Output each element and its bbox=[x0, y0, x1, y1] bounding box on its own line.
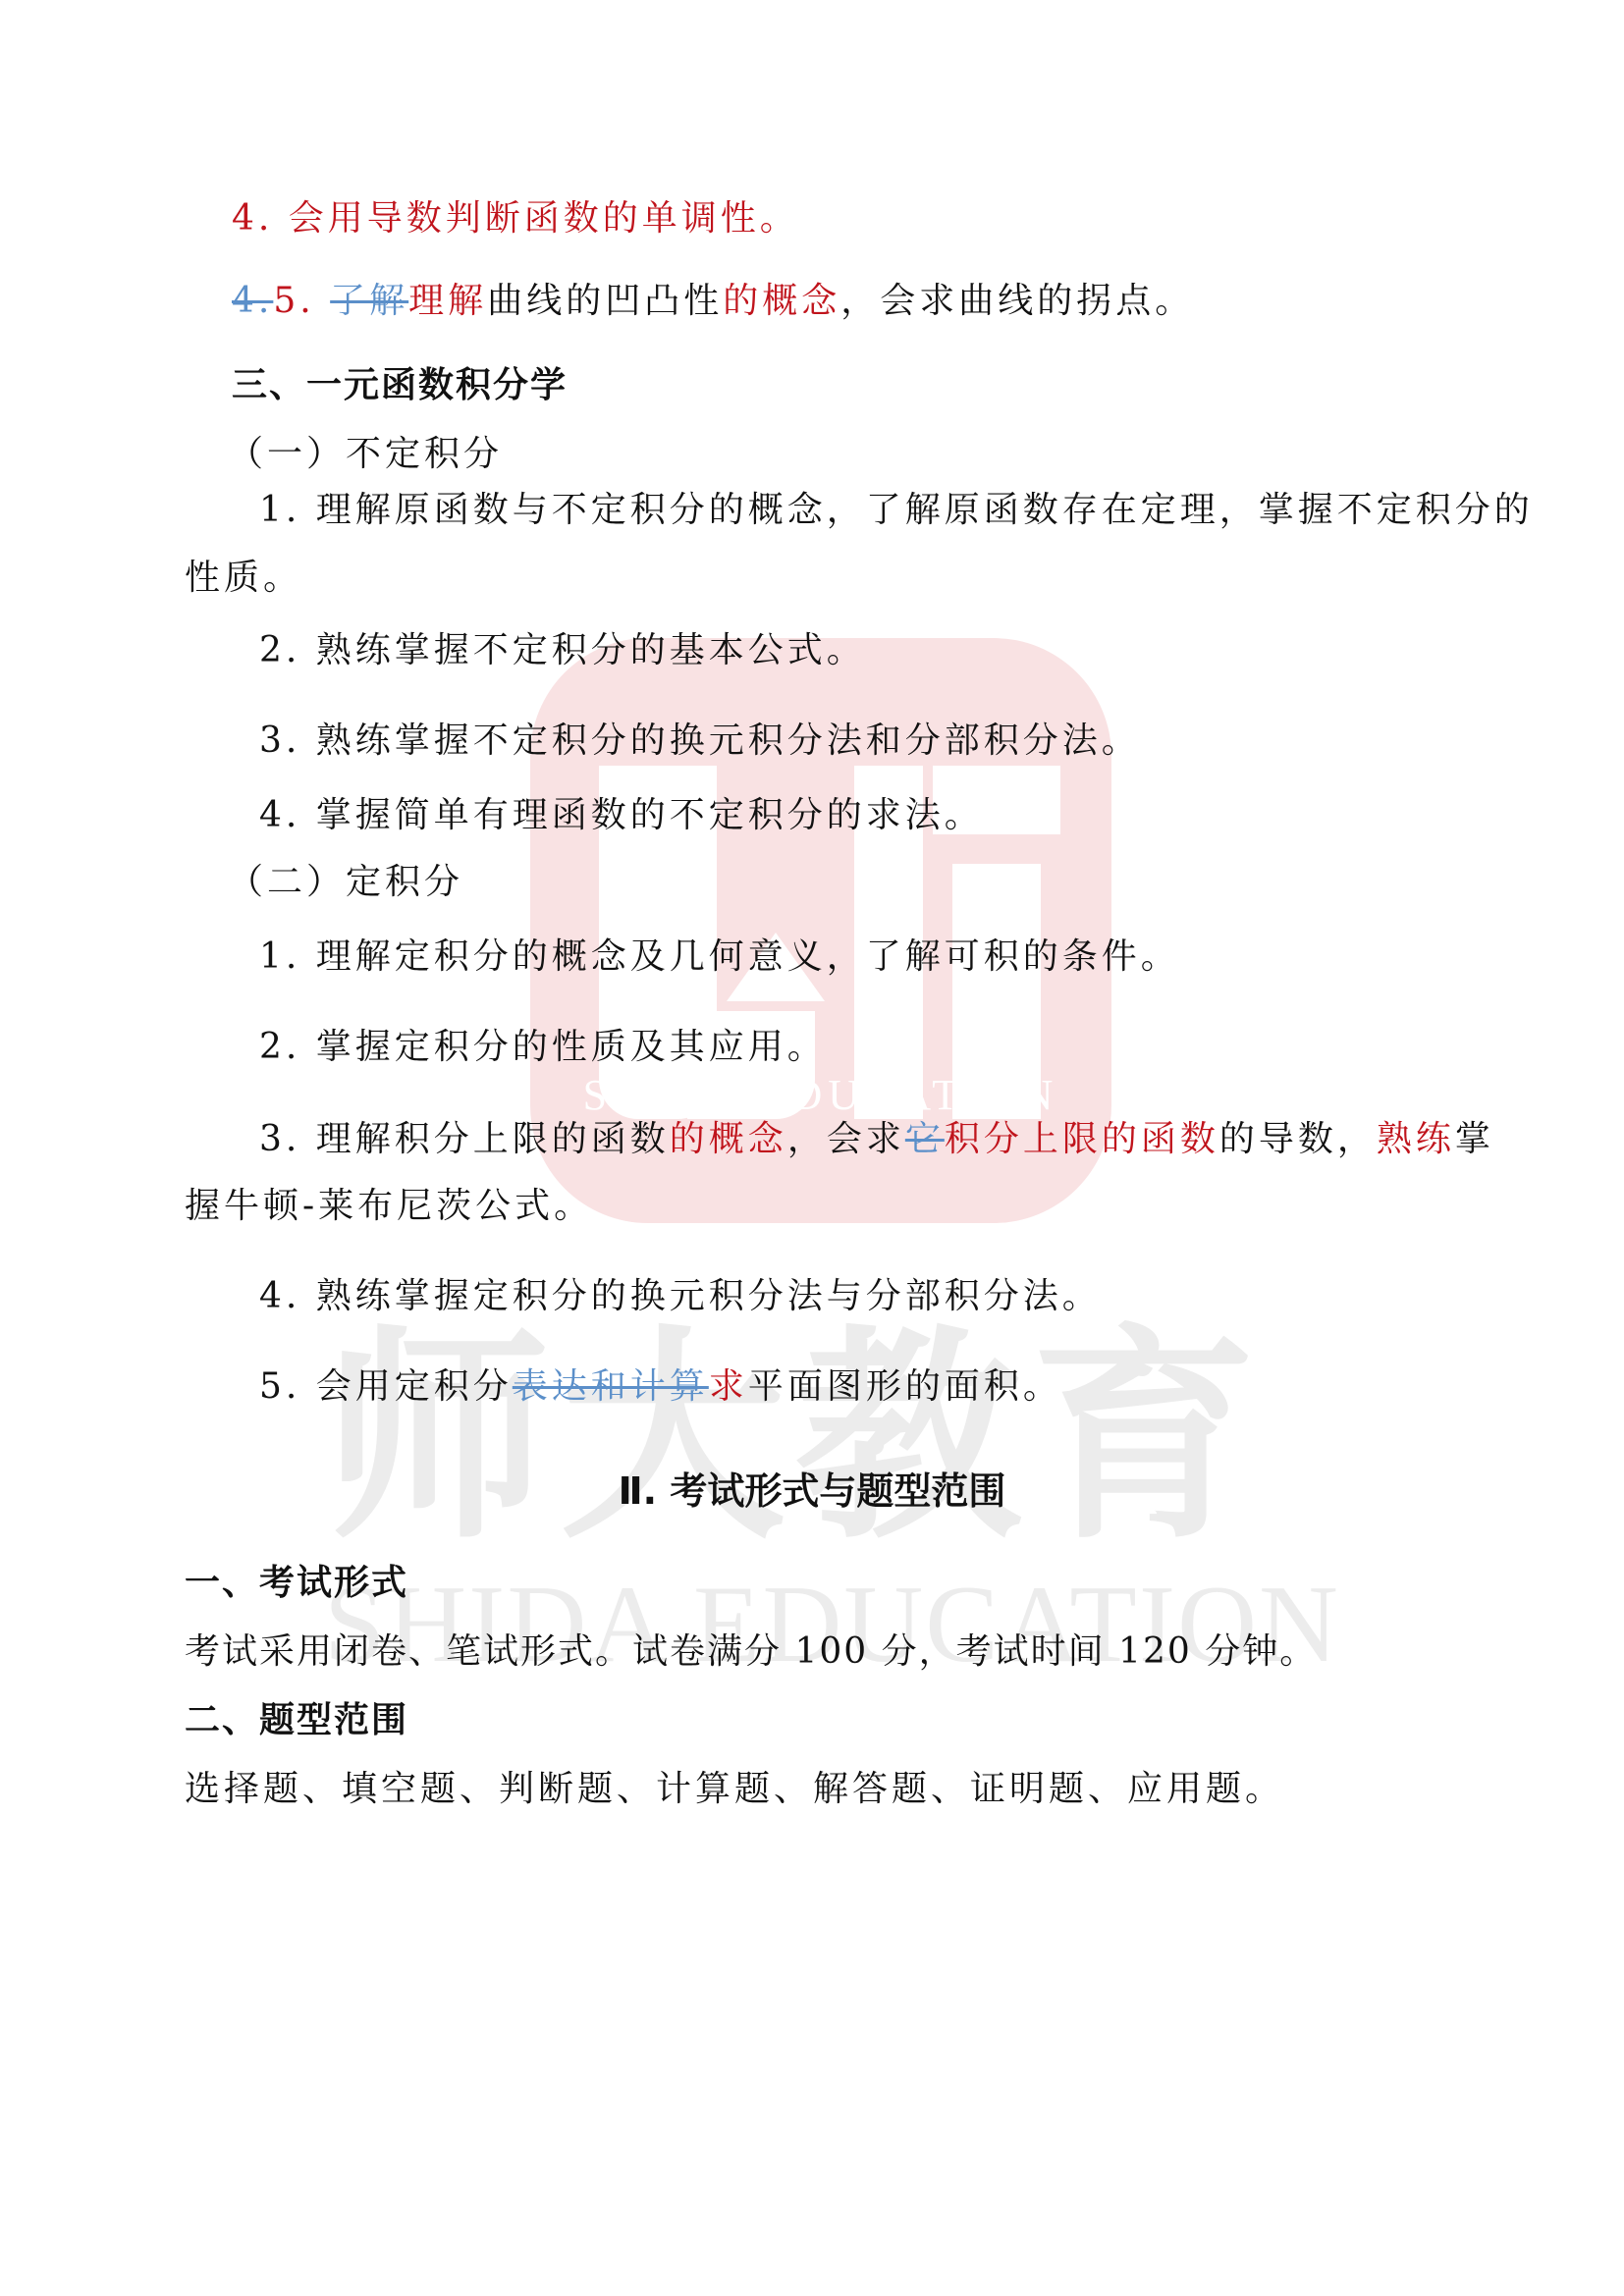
list-item: 3. 熟练掌握不定积分的换元积分法和分部积分法。 bbox=[259, 719, 1141, 764]
list-item: 5. 会用定积分表达和计算求平面图形的面积。 bbox=[259, 1364, 1062, 1410]
body-text: 掌 bbox=[1455, 1119, 1494, 1159]
inserted-text: 求 bbox=[709, 1366, 748, 1407]
list-item: 4. 熟练掌握定积分的换元积分法与分部积分法。 bbox=[259, 1274, 1102, 1319]
section-heading: 二、题型范围 bbox=[185, 1698, 408, 1743]
list-item: 1. 理解定积分的概念及几何意义，了解可积的条件。 bbox=[259, 934, 1180, 980]
body-text: 曲线的凹凸性 bbox=[487, 281, 723, 321]
watermark-logo-subtext: SHIDA EDUCATION bbox=[530, 1070, 1111, 1120]
inserted-text: 的概念 bbox=[723, 281, 840, 321]
list-item: 2. 掌握定积分的性质及其应用。 bbox=[259, 1025, 827, 1070]
inserted-text: 熟练 bbox=[1377, 1119, 1455, 1159]
inserted-text: 5. bbox=[273, 281, 330, 321]
body-text: ，会求 bbox=[787, 1119, 905, 1159]
section-heading: 三、一元函数积分学 bbox=[232, 363, 568, 408]
body-text: 3. 理解积分上限的函数 bbox=[259, 1119, 670, 1159]
list-item-continuation: 性质。 bbox=[185, 556, 302, 601]
list-item: 3. 理解积分上限的函数的概念，会求它积分上限的函数的导数，熟练掌 bbox=[259, 1117, 1494, 1162]
list-item-continuation: 握牛顿-莱布尼茨公式。 bbox=[185, 1184, 593, 1229]
deleted-text: 表达和计算 bbox=[513, 1366, 709, 1407]
item-monotonicity: 4. 会用导数判断函数的单调性。 bbox=[232, 196, 799, 241]
part-title: Ⅱ. 考试形式与题型范围 bbox=[0, 1467, 1624, 1516]
paragraph: 选择题、填空题、判断题、计算题、解答题、证明题、应用题。 bbox=[185, 1767, 1284, 1812]
watermark-text-cn: 师大教育 bbox=[324, 1315, 1306, 1561]
deleted-text: 4. bbox=[232, 281, 273, 321]
deleted-text: 了解 bbox=[330, 281, 408, 321]
deleted-text: 它 bbox=[905, 1119, 945, 1159]
body-text: 平面图形的面积。 bbox=[748, 1366, 1062, 1407]
paragraph: 考试采用闭卷、笔试形式。试卷满分 100 分，考试时间 120 分钟。 bbox=[185, 1629, 1317, 1675]
inserted-text: 积分上限的函数 bbox=[945, 1119, 1219, 1159]
body-text: ，会求曲线的拐点。 bbox=[840, 281, 1194, 321]
list-item: 2. 熟练掌握不定积分的基本公式。 bbox=[259, 628, 866, 673]
inserted-text: 的概念 bbox=[670, 1119, 787, 1159]
item-concavity: 4.5. 了解理解曲线的凹凸性的概念，会求曲线的拐点。 bbox=[232, 279, 1194, 324]
body-text: 5. 会用定积分 bbox=[259, 1366, 513, 1407]
inserted-text: 理解 bbox=[408, 281, 487, 321]
list-item: 4. 掌握简单有理函数的不定积分的求法。 bbox=[259, 793, 984, 838]
subsection-heading: （二）定积分 bbox=[228, 860, 463, 905]
section-heading: 一、考试形式 bbox=[185, 1561, 408, 1606]
subsection-heading: （一）不定积分 bbox=[228, 432, 503, 477]
list-item: 1. 理解原函数与不定积分的概念，了解原函数存在定理，掌握不定积分的 bbox=[259, 488, 1534, 533]
body-text: 的导数， bbox=[1219, 1119, 1377, 1159]
